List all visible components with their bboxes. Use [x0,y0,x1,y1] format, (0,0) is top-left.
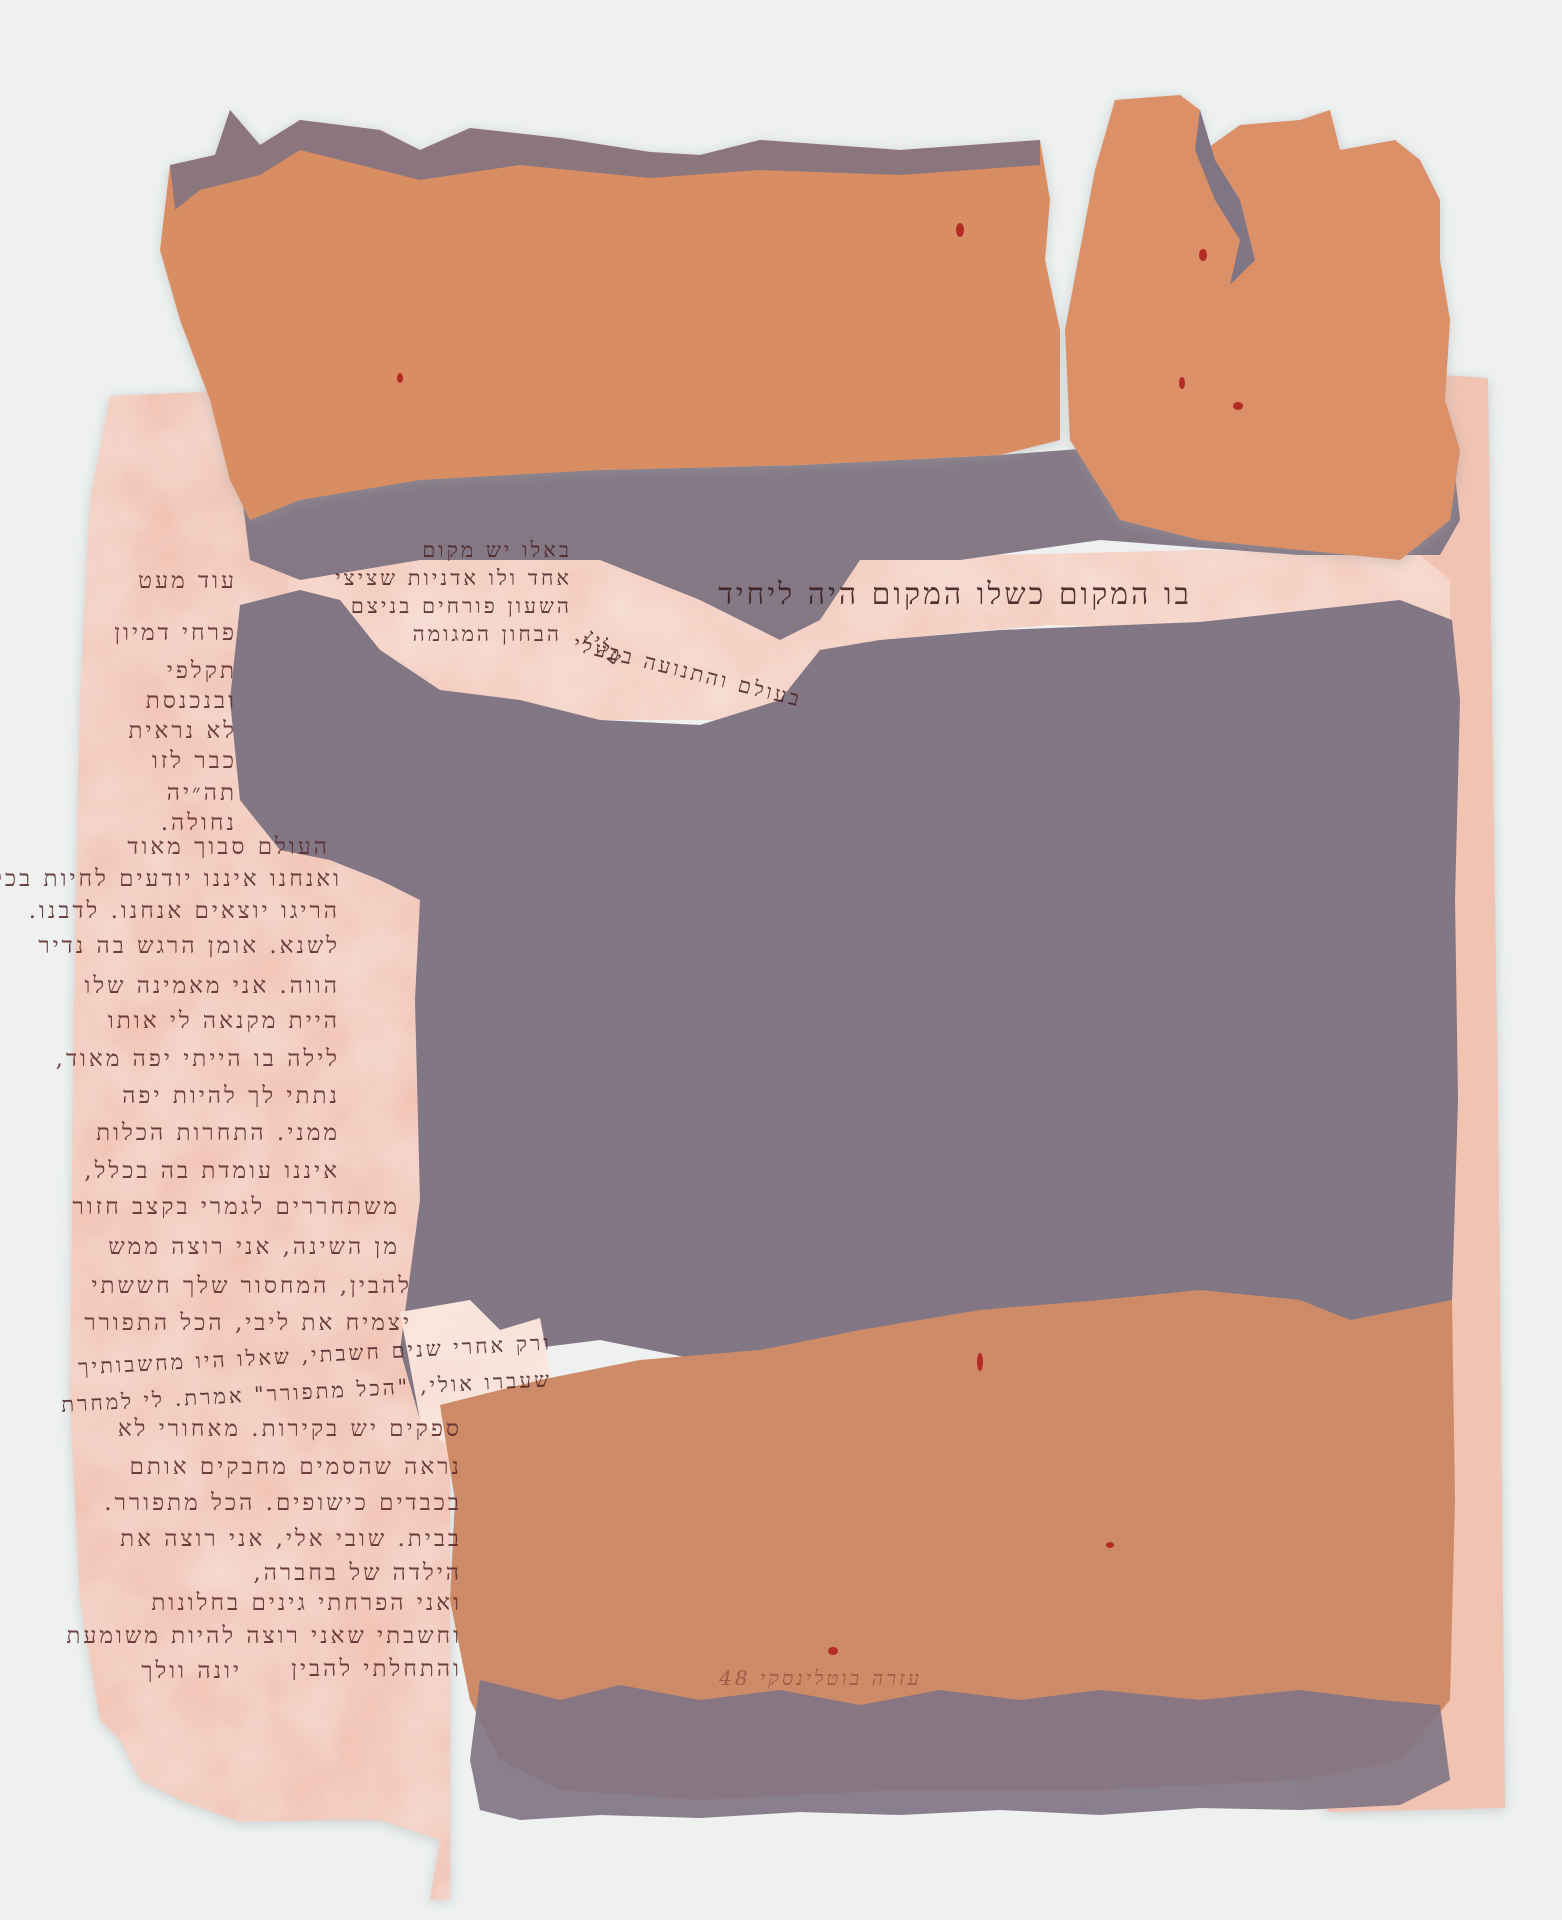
handwritten-line: תקלפי [167,660,237,683]
right-strip-text: בו המקום כשלו המקום היה ליחיד [718,580,1192,610]
handwritten-line: והתחלתי להבין [291,1658,462,1681]
handwritten-line: נתתי לך להיות יפה [122,1085,340,1108]
handwritten-line: הריגו יוצאים אנחנו. לדבנו. [29,900,340,923]
handwritten-line: תה״יה [167,782,237,805]
handwritten-line: לילה בו הייתי יפה מאוד, [56,1048,340,1071]
fragment-line: הבחון המגומה [413,624,562,645]
handwritten-line: היית מקנאה לי אותו [108,1010,340,1033]
handwritten-line: מן השינה, אני רוצה ממש [108,1236,400,1259]
handwritten-line: פרחי דמיון [114,622,237,645]
fragment-line: אחד ולו אדניות שציצי [335,568,572,589]
handwritten-line: וחשבתי שאני רוצה להיות משומעת [66,1625,462,1648]
handwritten-line: ספקים יש בקירות. מאחורי לא [118,1418,462,1441]
handwritten-line: משתחררים לגמרי בקצב חזור [72,1196,400,1219]
orange-top-panel-right [1065,95,1460,560]
artist-signature: עזרה בוטלינסקי 48 [719,1668,922,1688]
handwritten-line: עוד מעט [138,570,237,593]
handwritten-line: בבית. שובי אלי, אני רוצה את [120,1528,462,1551]
handwritten-line: נחולה. [161,812,237,835]
handwritten-line: לשנא. אומן הרגש בה נדיר [38,935,340,958]
handwritten-line: יצמיח את ליבי, הכל התפורר [84,1312,412,1335]
handwritten-line: העולם סבוך מאוד [127,836,330,859]
handwritten-line: בכבדים כישופים. הכל מתפורר. [104,1492,462,1515]
handwritten-line: להבין, המחסור שלך חששתי [91,1275,412,1298]
handwritten-line: ובנכנסת [146,690,237,713]
handwritten-line: ואני הפרחתי גינים בחלונות [151,1592,462,1615]
fragment-line: השעון פורחים בניצם [351,596,572,617]
handwritten-line: כבר לזו [152,750,237,773]
handwritten-line: ממני. התחרות הכלות [96,1122,340,1145]
gray-bottom-band [470,1680,1450,1820]
handwritten-line: נראה שהסמים מחבקים אותם [130,1456,462,1479]
handwritten-line: ואנחנו איננו יודעים לחיות בכלל. [0,868,342,891]
handwritten-line: הווה. אני מאמינה שלו [84,975,340,998]
poet-name: יונה וולך [141,1660,242,1683]
handwritten-line: לא נראית [128,720,237,743]
handwritten-line: הילדה של בחברה, [253,1562,462,1585]
handwritten-line: איננו עומדת בה בכלל, [84,1160,340,1183]
fragment-line: באלו יש מקום [422,540,572,561]
